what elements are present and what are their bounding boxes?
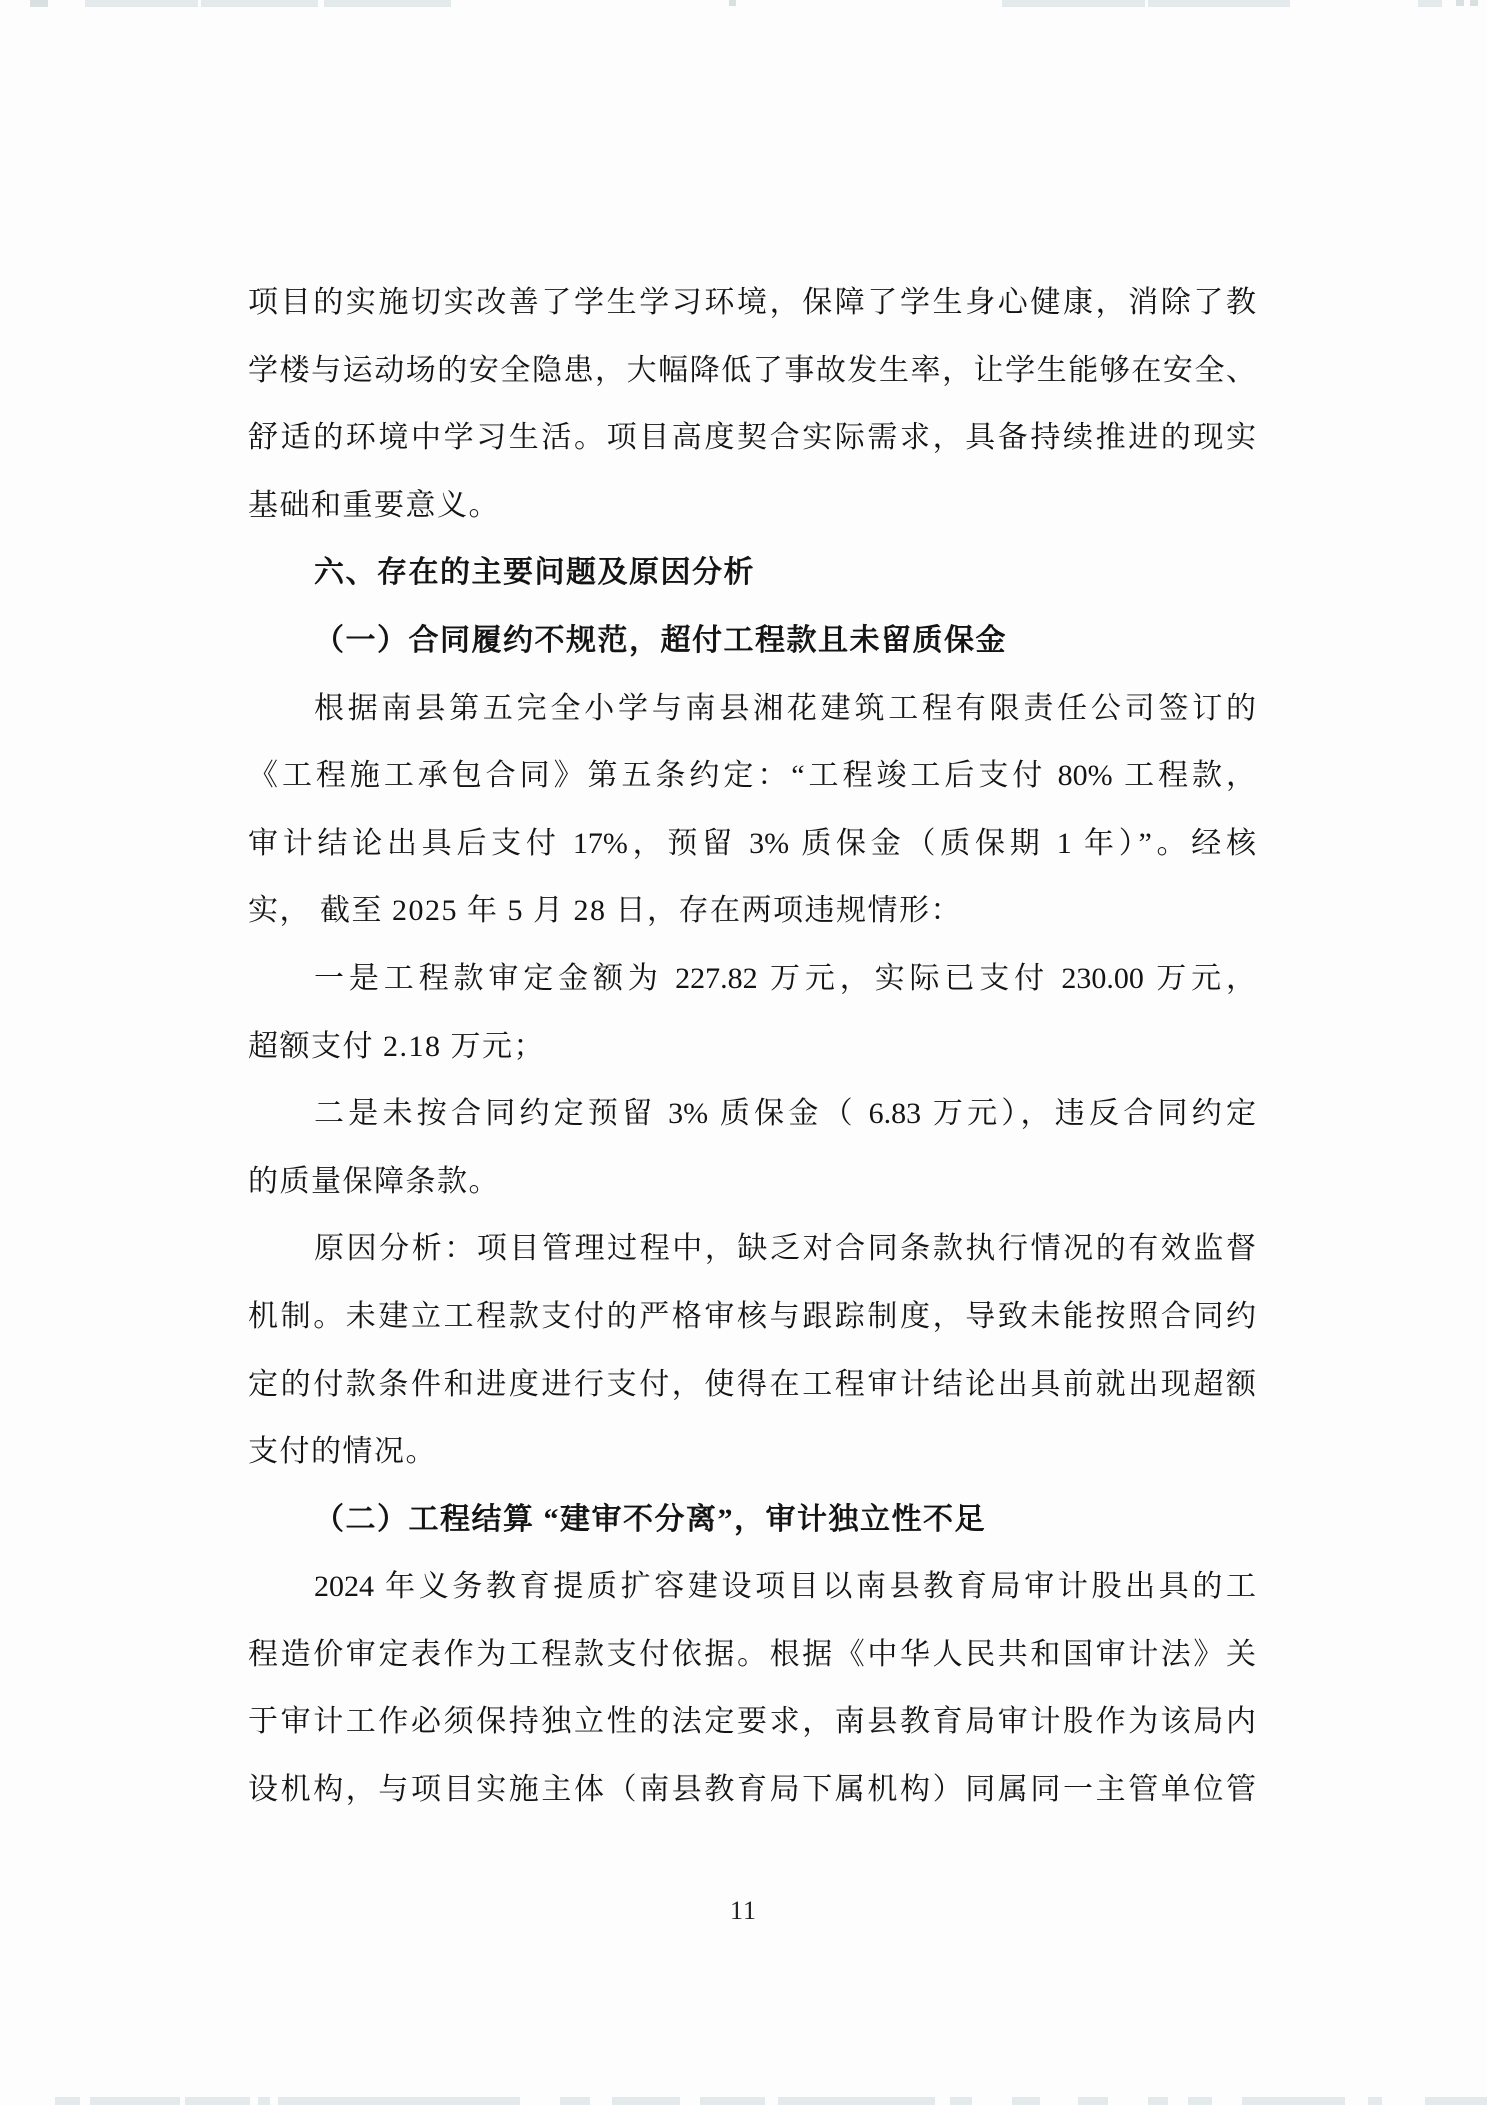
doc-line: 二是未按合同约定预留 3% 质保金（ 6.83 万元），违反合同约定 <box>248 1080 1256 1148</box>
scan-artifact <box>90 2097 180 2105</box>
doc-line: 一是工程款审定金额为 227.82 万元，实际已支付 230.00 万元， <box>248 945 1256 1013</box>
document-body: 项目的实施切实改善了学生学习环境，保障了学生身心健康，消除了教 学楼与运动场的安… <box>248 269 1256 1824</box>
scan-artifact <box>729 0 736 6</box>
doc-line: 于审计工作必须保持独立性的法定要求，南县教育局审计股作为该局内 <box>248 1688 1256 1756</box>
page-number: 11 <box>0 1896 1487 1926</box>
scan-artifact <box>258 2097 270 2105</box>
doc-line: 设机构，与项目实施主体（南县教育局下属机构）同属同一主管单位管 <box>248 1756 1256 1824</box>
scan-artifact <box>201 0 318 7</box>
scan-artifact <box>700 2097 765 2105</box>
doc-line: 定的付款条件和进度进行支付，使得在工程审计结论出具前就出现超额 <box>248 1351 1256 1419</box>
scan-artifact <box>278 2097 520 2105</box>
document-page: 项目的实施切实改善了学生学习环境，保障了学生身心健康，消除了教 学楼与运动场的安… <box>0 0 1487 2105</box>
doc-line: 2024 年义务教育提质扩容建设项目以南县教育局审计股出具的工 <box>248 1553 1256 1621</box>
doc-line: 机制。未建立工程款支付的严格审核与跟踪制度，导致未能按照合同约 <box>248 1283 1256 1351</box>
doc-line: 《工程施工承包合同》第五条约定：“工程竣工后支付 80% 工程款， <box>248 742 1256 810</box>
scan-artifact <box>1418 0 1442 7</box>
scan-artifact <box>1188 2097 1212 2105</box>
doc-line: 实， 截至 2025 年 5 月 28 日，存在两项违规情形： <box>248 877 1256 945</box>
subsection-heading-2: （二）工程结算 “建审不分离”，审计独立性不足 <box>248 1486 1256 1554</box>
doc-line: 根据南县第五完全小学与南县湘花建筑工程有限责任公司签订的 <box>248 675 1256 743</box>
scan-artifact <box>950 2097 972 2105</box>
scan-artifact <box>55 2097 80 2105</box>
doc-line: 项目的实施切实改善了学生学习环境，保障了学生身心健康，消除了教 <box>248 269 1256 337</box>
scan-artifact <box>1242 2097 1345 2105</box>
doc-line: 舒适的环境中学习生活。项目高度契合实际需求，具备持续推进的现实 <box>248 404 1256 472</box>
scan-artifact <box>778 2097 935 2105</box>
scan-artifact <box>324 0 451 7</box>
scan-artifact <box>1425 2097 1487 2105</box>
scan-artifact <box>1012 2097 1040 2105</box>
scan-artifact <box>85 0 198 7</box>
scan-artifact <box>30 0 48 7</box>
doc-line: 支付的情况。 <box>248 1418 1256 1486</box>
scan-artifact <box>612 2097 680 2105</box>
doc-line: 基础和重要意义。 <box>248 472 1256 540</box>
scan-artifact <box>1148 0 1290 7</box>
doc-line: 的质量保障条款。 <box>248 1148 1256 1216</box>
scan-artifact <box>1148 2097 1168 2105</box>
section-heading-six: 六、存在的主要问题及原因分析 <box>248 539 1256 607</box>
scan-artifact <box>1470 0 1478 6</box>
doc-line: 程造价审定表作为工程款支付依据。根据《中华人民共和国审计法》关 <box>248 1621 1256 1689</box>
scan-artifact <box>1368 2097 1382 2105</box>
doc-line: 原因分析：项目管理过程中，缺乏对合同条款执行情况的有效监督 <box>248 1215 1256 1283</box>
scan-artifact <box>185 2097 250 2105</box>
scan-artifact <box>1078 2097 1108 2105</box>
scan-artifact <box>1002 0 1145 7</box>
scan-artifact <box>560 2097 590 2105</box>
doc-line: 学楼与运动场的安全隐患，大幅降低了事故发生率，让学生能够在安全、 <box>248 337 1256 405</box>
doc-line: 审计结论出具后支付 17%，预留 3% 质保金（质保期 1 年）”。经核 <box>248 810 1256 878</box>
subsection-heading-1: （一）合同履约不规范，超付工程款且未留质保金 <box>248 607 1256 675</box>
scan-artifact <box>1456 0 1464 6</box>
doc-line: 超额支付 2.18 万元； <box>248 1013 1256 1081</box>
